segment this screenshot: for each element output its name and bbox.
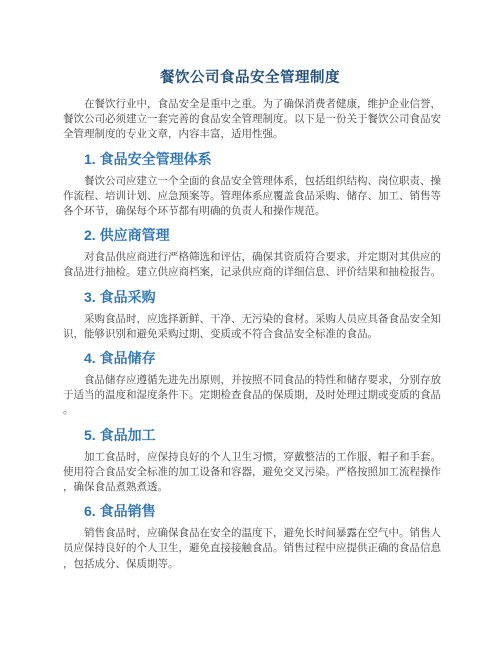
document-page: 餐饮公司食品安全管理制度 在餐饮行业中，食品安全是重中之重。为了确保消费者健康，…	[0, 0, 500, 647]
section-food-sales: 6. 食品销售 销售食品时，应确保食品在安全的温度下，避免长时间暴露在空气中。销…	[63, 503, 447, 572]
section-6-paragraph: 销售食品时，应确保食品在安全的温度下，避免长时间暴露在空气中。销售人 员应保持良…	[63, 526, 447, 572]
section-food-purchasing: 3. 食品采购 采购食品时，应选择新鲜、干净、无污染的食材。采购人员应具备食品安…	[63, 289, 447, 342]
section-food-safety-system: 1. 食品安全管理体系 餐饮公司应建立一个全面的食品安全管理体系，包括组织结构、…	[63, 151, 447, 220]
section-4-paragraph: 食品储存应遵循先进先出原则，并按照不同食品的特性和储存要求，分别存放 于适当的温…	[63, 373, 447, 419]
section-3-heading: 3. 食品采购	[63, 289, 447, 306]
section-4-heading: 4. 食品储存	[63, 350, 447, 367]
intro-paragraph: 在餐饮行业中，食品安全是重中之重。为了确保消费者健康，维护企业信誉， 餐饮公司必…	[63, 97, 447, 143]
document-title: 餐饮公司食品安全管理制度	[0, 68, 500, 88]
section-5-paragraph: 加工食品时，应保持良好的个人卫生习惯，穿戴整洁的工作服、帽子和手套。 使用符合食…	[63, 450, 447, 496]
section-5-heading: 5. 食品加工	[63, 427, 447, 444]
section-6-heading: 6. 食品销售	[63, 503, 447, 520]
section-1-paragraph: 餐饮公司应建立一个全面的食品安全管理体系，包括组织结构、岗位职责、操 作流程、培…	[63, 174, 447, 220]
section-food-processing: 5. 食品加工 加工食品时，应保持良好的个人卫生习惯，穿戴整洁的工作服、帽子和手…	[63, 427, 447, 496]
section-food-storage: 4. 食品储存 食品储存应遵循先进先出原则，并按照不同食品的特性和储存要求，分别…	[63, 350, 447, 419]
section-2-paragraph: 对食品供应商进行严格筛选和评估，确保其资质符合要求，并定期对其供应的 食品进行抽…	[63, 250, 447, 280]
section-supplier-management: 2. 供应商管理 对食品供应商进行严格筛选和评估，确保其资质符合要求，并定期对其…	[63, 227, 447, 280]
section-2-heading: 2. 供应商管理	[63, 227, 447, 244]
section-3-paragraph: 采购食品时，应选择新鲜、干净、无污染的食材。采购人员应具备食品安全知 识，能够识…	[63, 312, 447, 342]
document-content: 在餐饮行业中，食品安全是重中之重。为了确保消费者健康，维护企业信誉， 餐饮公司必…	[63, 97, 447, 572]
section-1-heading: 1. 食品安全管理体系	[63, 151, 447, 168]
